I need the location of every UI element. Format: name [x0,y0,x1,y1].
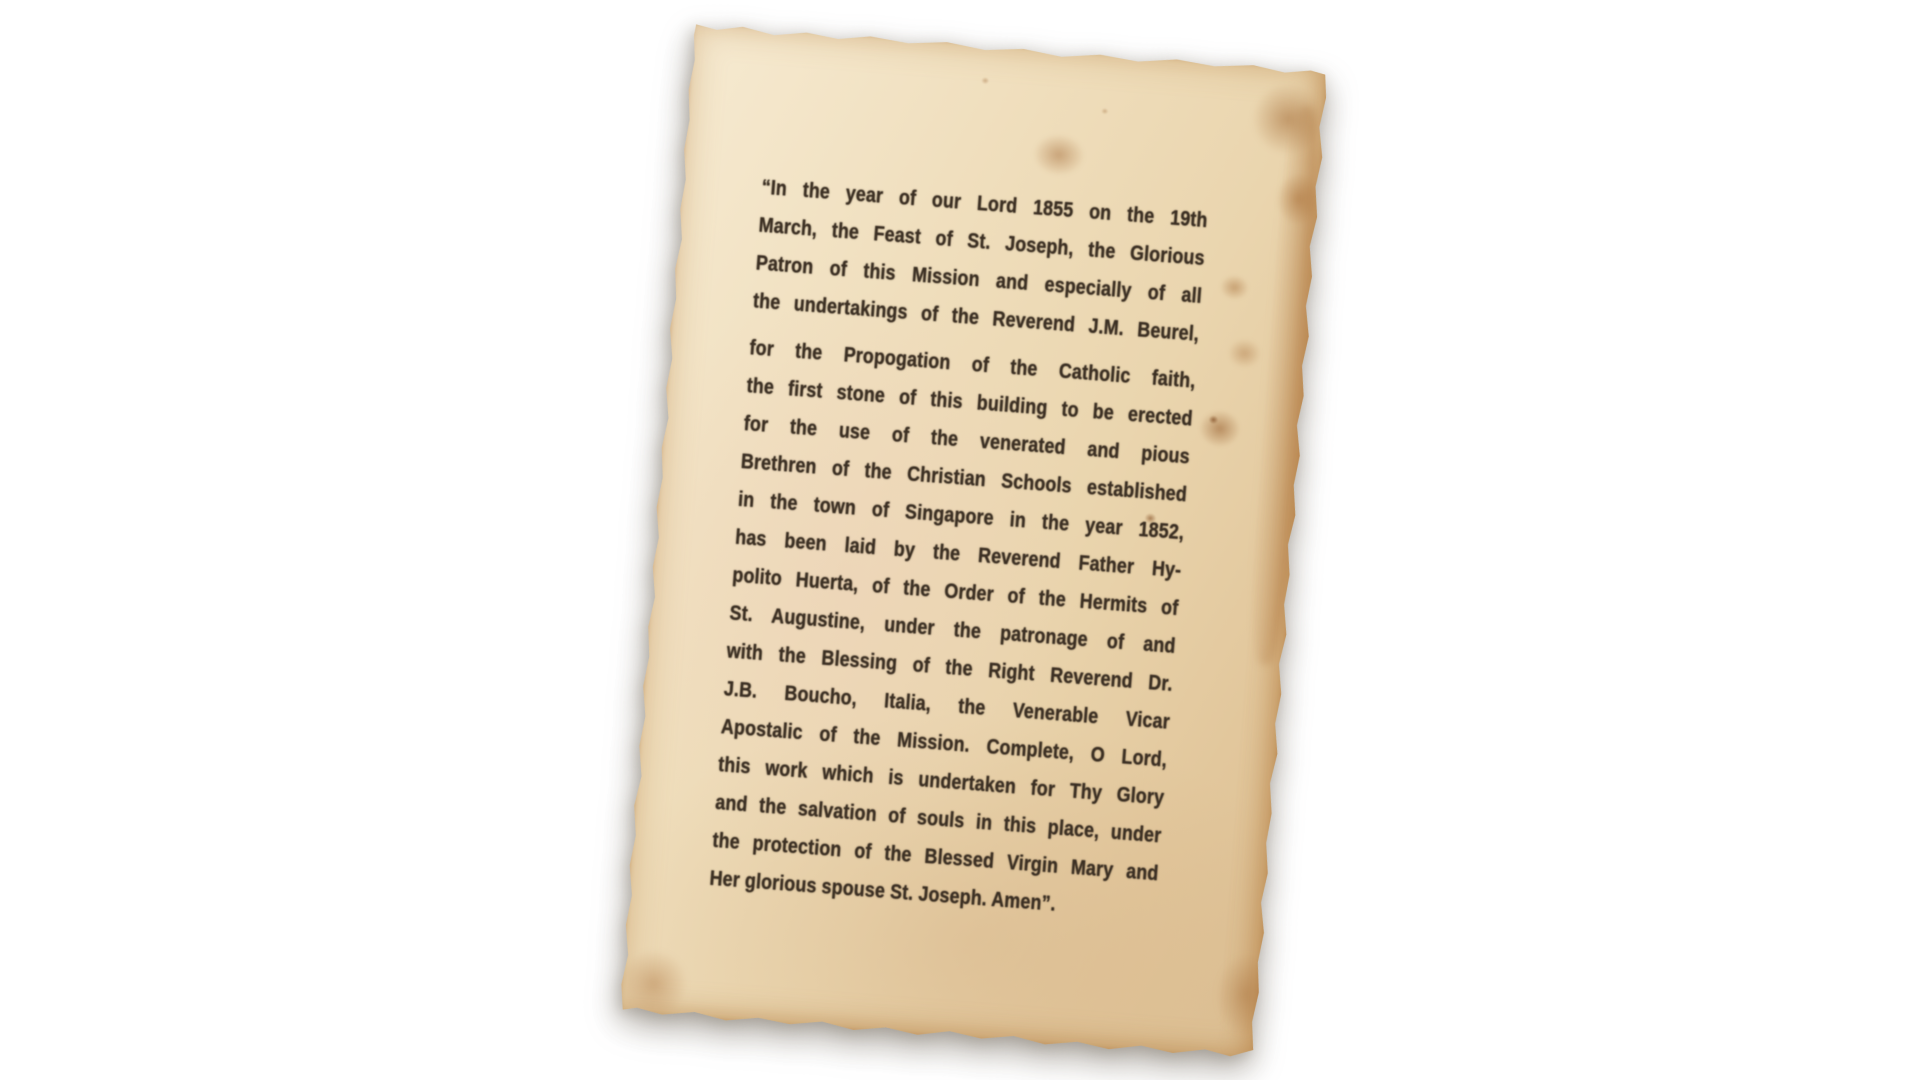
stain-blot [1264,159,1334,240]
stain-blot [1021,123,1097,186]
paper-wrapper: “In the year of our Lord 1855 on the 19t… [617,20,1330,1062]
document-text-block: “In the year of our Lord 1855 on the 19t… [708,169,1212,932]
stain-blot [1233,63,1345,175]
stain-blot [1219,331,1270,376]
stain-speck [980,76,991,86]
stain-speck [1100,107,1110,116]
document-text-lines: “In the year of our Lord 1855 on the 19t… [708,169,1209,931]
stain-blot [1189,401,1251,457]
stain-blot [1212,268,1257,307]
corner-browning [602,932,705,1035]
stain-speck [1207,414,1220,426]
photo-canvas: “In the year of our Lord 1855 on the 19t… [0,0,1920,1080]
right-edge-browning [1243,105,1327,667]
corner-browning [1199,933,1291,1055]
aged-paper: “In the year of our Lord 1855 on the 19t… [617,20,1330,1062]
